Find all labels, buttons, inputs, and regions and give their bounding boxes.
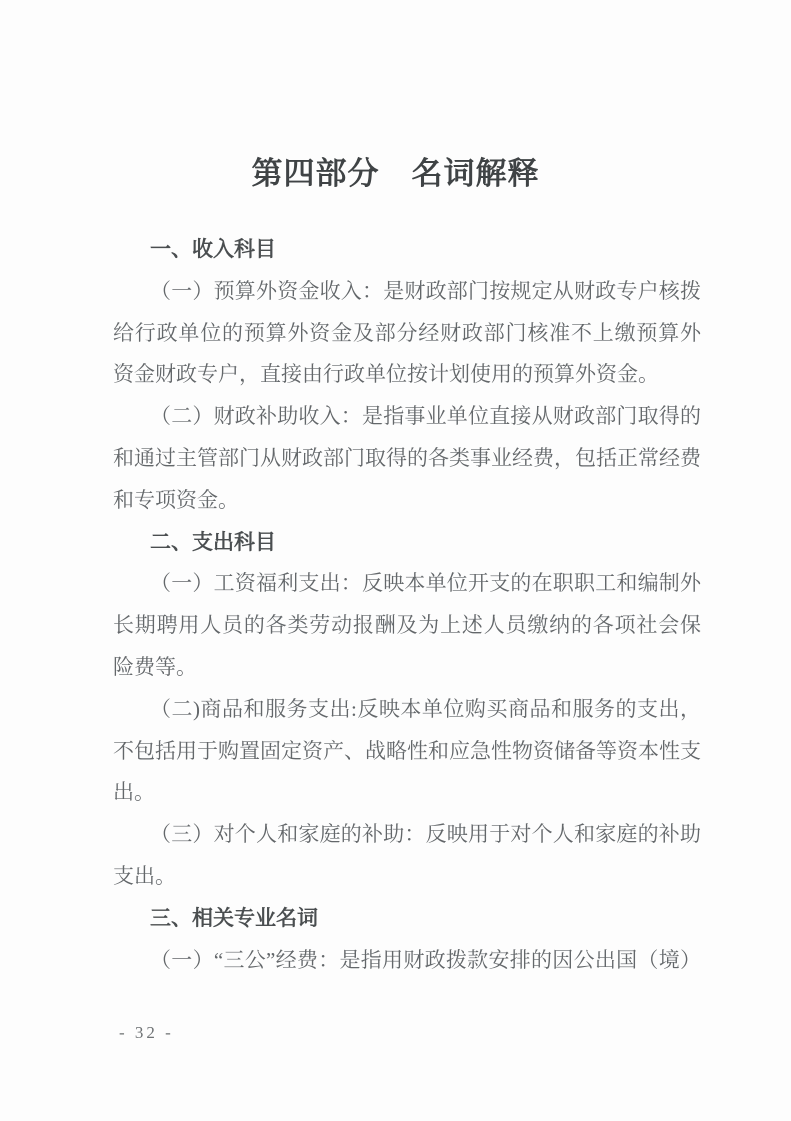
text-line: （二）财政补助收入：是指事业单位直接从财政部门取得的 (113, 396, 701, 438)
section-heading-expense: 二、支出科目 (113, 522, 701, 564)
text-line: （二)商品和服务支出:反映本单位购买商品和服务的支出， (113, 689, 701, 731)
text-line: 险费等。 (113, 647, 701, 689)
text-line: （一）工资福利支出：反映本单位开支的在职职工和编制外 (113, 563, 701, 605)
text-line: 和通过主管部门从财政部门取得的各类事业经费，包括正常经费 (113, 438, 701, 480)
text-line: 长期聘用人员的各类劳动报酬及为上述人员缴纳的各项社会保 (113, 605, 701, 647)
section-heading-income: 一、收入科目 (113, 229, 701, 271)
text-line: 和专项资金。 (113, 480, 701, 522)
document-body: 一、收入科目 （一）预算外资金收入：是财政部门按规定从财政专户核拨 给行政单位的… (113, 229, 701, 981)
text-line: 支出。 (113, 856, 701, 898)
page-number: - 32 - (119, 1023, 174, 1043)
text-line: 不包括用于购置固定资产、战略性和应急性物资储备等资本性支 (113, 731, 701, 773)
text-line: 给行政单位的预算外资金及部分经财政部门核准不上缴预算外 (113, 313, 701, 355)
page-title: 第四部分 名词解释 (0, 148, 791, 193)
text-line: （一）“三公”经费：是指用财政拨款安排的因公出国（境） (113, 940, 701, 982)
text-line: （一）预算外资金收入：是财政部门按规定从财政专户核拨 (113, 271, 701, 313)
text-line: 出。 (113, 772, 701, 814)
text-line: （三）对个人和家庭的补助：反映用于对个人和家庭的补助 (113, 814, 701, 856)
document-page: 第四部分 名词解释 一、收入科目 （一）预算外资金收入：是财政部门按规定从财政专… (0, 0, 791, 1121)
text-line: 资金财政专户，直接由行政单位按计划使用的预算外资金。 (113, 354, 701, 396)
section-heading-terminology: 三、相关专业名词 (113, 898, 701, 940)
